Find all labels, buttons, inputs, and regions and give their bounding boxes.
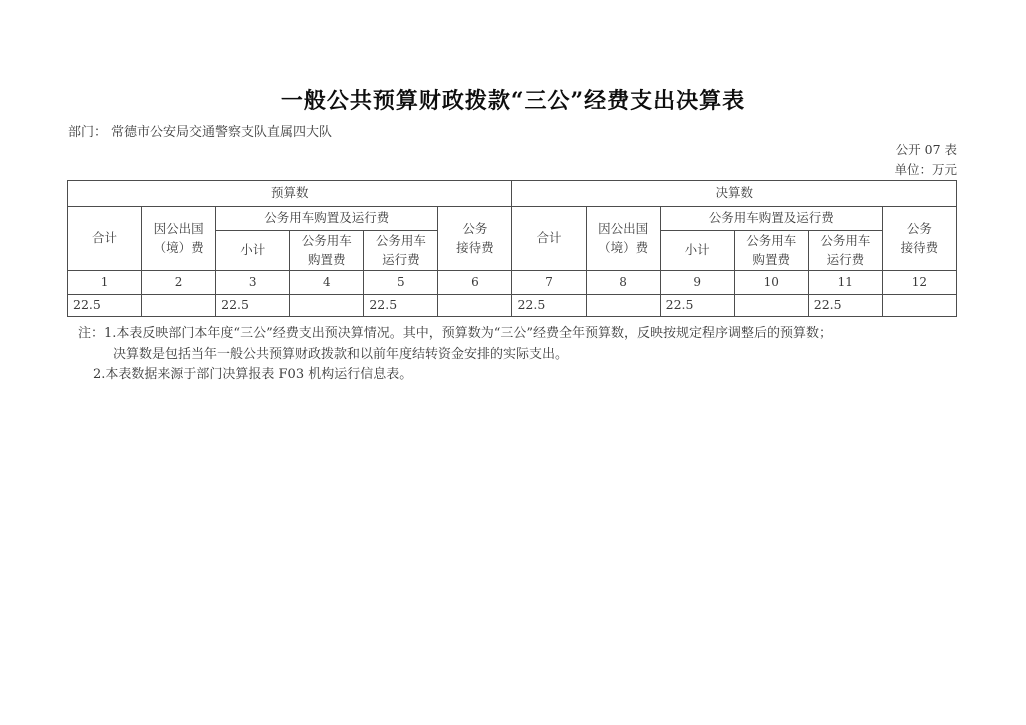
header-final-purchase-line1: 公务用车: [735, 231, 808, 250]
header-budget-operation-line2: 运行费: [364, 250, 437, 269]
header-budget-purchase-line1: 公务用车: [290, 231, 363, 250]
unit-label: 单位：万元: [894, 160, 957, 178]
header-budget-purchase: 公务用车 购置费: [290, 231, 364, 271]
header-budget-total: 合计: [68, 207, 142, 271]
header-budget-subtotal: 小计: [216, 231, 290, 271]
header-budget-abroad-line2: （境）费: [142, 238, 215, 257]
header-final-purchase-line2: 购置费: [735, 250, 808, 269]
col-number-9: 9: [660, 270, 734, 294]
value-cell-1: 22.5: [68, 294, 142, 316]
header-final-operation-line2: 运行费: [809, 250, 882, 269]
notes: 注：1.本表反映部门本年度“三公”经费支出预决算情况。其中，预算数为“三公”经费…: [78, 324, 968, 386]
header-budget-reception-line2: 接待费: [438, 238, 511, 257]
col-number-3: 3: [216, 270, 290, 294]
col-number-6: 6: [438, 270, 512, 294]
col-number-11: 11: [808, 270, 882, 294]
header-final-abroad: 因公出国 （境）费: [586, 207, 660, 271]
header-budget-operation: 公务用车 运行费: [364, 231, 438, 271]
header-final-reception-line1: 公务: [883, 219, 956, 238]
page-title: 一般公共预算财政拨款“三公”经费支出决算表: [0, 84, 1026, 115]
value-cell-6: [438, 294, 512, 316]
header-final-reception-line2: 接待费: [883, 238, 956, 257]
value-cell-10: [734, 294, 808, 316]
col-number-4: 4: [290, 270, 364, 294]
header-budget-reception-line1: 公务: [438, 219, 511, 238]
value-cell-2: [142, 294, 216, 316]
header-final-reception: 公务 接待费: [882, 207, 956, 271]
header-budget-abroad: 因公出国 （境）费: [142, 207, 216, 271]
header-budget-operation-line1: 公务用车: [364, 231, 437, 250]
col-number-7: 7: [512, 270, 586, 294]
note-line-1: 注：1.本表反映部门本年度“三公”经费支出预决算情况。其中，预算数为“三公”经费…: [78, 324, 968, 345]
col-number-10: 10: [734, 270, 808, 294]
three-public-expense-table: 预算数 决算数 合计 因公出国 （境）费 公务用车购置及运行费 公务 接待费 合…: [67, 180, 957, 317]
value-cell-4: [290, 294, 364, 316]
department-line: 部门：常德市公安局交通警察支队直属四大队: [68, 121, 332, 140]
note-line-3: 2.本表数据来源于部门决算报表 F03 机构运行信息表。: [78, 365, 968, 386]
value-cell-7: 22.5: [512, 294, 586, 316]
note-label: 注：: [78, 326, 104, 341]
value-cell-9: 22.5: [660, 294, 734, 316]
value-cell-12: [882, 294, 956, 316]
header-final-abroad-line2: （境）费: [587, 238, 660, 257]
header-final-operation: 公务用车 运行费: [808, 231, 882, 271]
header-final-subtotal: 小计: [660, 231, 734, 271]
value-cell-8: [586, 294, 660, 316]
header-budget-abroad-line1: 因公出国: [142, 219, 215, 238]
header-budget-vehicle-group: 公务用车购置及运行费: [216, 207, 438, 231]
note-line-1-text: 1.本表反映部门本年度“三公”经费支出预决算情况。其中，预算数为“三公”经费全年…: [104, 326, 832, 341]
value-cell-11: 22.5: [808, 294, 882, 316]
col-number-2: 2: [142, 270, 216, 294]
department-value: 常德市公安局交通警察支队直属四大队: [111, 125, 332, 140]
group-header-final: 决算数: [512, 181, 957, 207]
value-cell-5: 22.5: [364, 294, 438, 316]
col-number-1: 1: [68, 270, 142, 294]
header-final-total: 合计: [512, 207, 586, 271]
header-final-purchase: 公务用车 购置费: [734, 231, 808, 271]
value-cell-3: 22.5: [216, 294, 290, 316]
form-code: 公开 07 表: [896, 140, 957, 158]
header-final-abroad-line1: 因公出国: [587, 219, 660, 238]
note-line-2: 决算数是包括当年一般公共预算财政拨款和以前年度结转资金安排的实际支出。: [78, 345, 968, 366]
header-budget-purchase-line2: 购置费: [290, 250, 363, 269]
col-number-8: 8: [586, 270, 660, 294]
header-final-vehicle-group: 公务用车购置及运行费: [660, 207, 882, 231]
department-label: 部门：: [68, 125, 107, 140]
col-number-5: 5: [364, 270, 438, 294]
col-number-12: 12: [882, 270, 956, 294]
group-header-budget: 预算数: [68, 181, 512, 207]
header-final-operation-line1: 公务用车: [809, 231, 882, 250]
header-budget-reception: 公务 接待费: [438, 207, 512, 271]
